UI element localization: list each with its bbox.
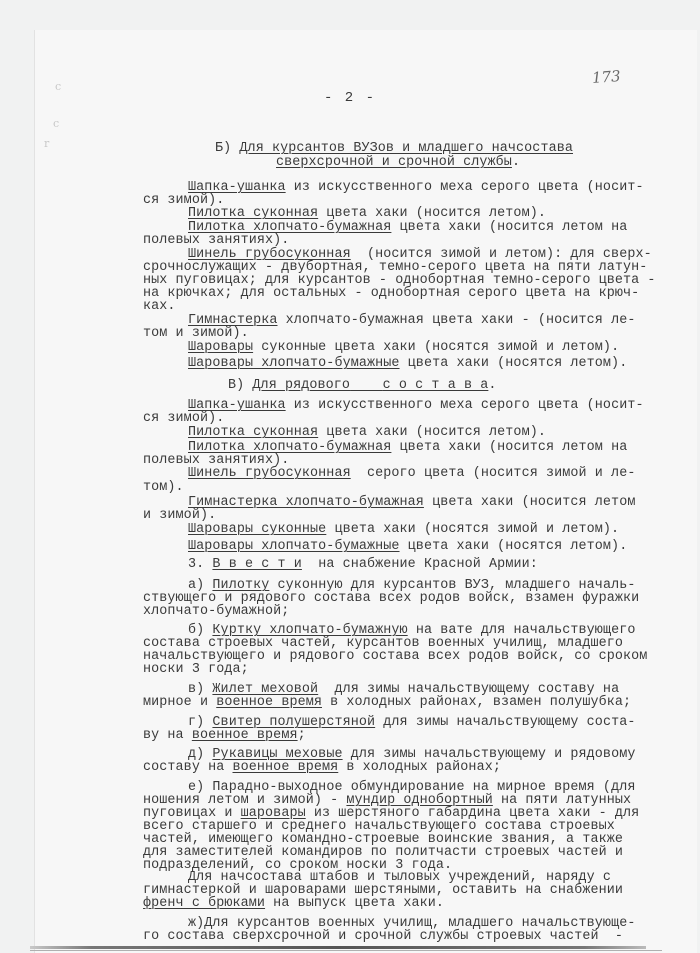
item: Шапка-ушанка из искусственного меха серо… xyxy=(188,399,644,412)
page-number: - 2 - xyxy=(0,90,700,106)
item: Гимнастерка хлопчато-бумажная цвета хаки… xyxy=(188,314,635,327)
item: Шаровары хлопчато-бумажные цвета хаки (н… xyxy=(188,357,627,370)
item: Шаровары суконные цвета хаки (носятся зи… xyxy=(188,523,619,536)
item-cont: ках. xyxy=(143,300,176,313)
section-b-heading-2: сверхсрочной и срочной службы. xyxy=(276,156,520,169)
clause-v-cont: мирное и военное время в холодных района… xyxy=(143,696,631,709)
item: Шаровары суконные цвета хаки (носятся зи… xyxy=(188,341,619,354)
item: Гимнастерка хлопчато-бумажная цвета хаки… xyxy=(188,496,635,509)
section-3-heading: 3. В в е с т и на снабжение Красной Арми… xyxy=(188,558,538,571)
clause-e-para2-cont: френч с брюками на выпуск цвета хаки. xyxy=(143,897,444,910)
clause-g-cont: ву на военное время; xyxy=(143,729,306,742)
item: Шапка-ушанка из искусственного меха серо… xyxy=(188,181,644,194)
scan-edge-line xyxy=(30,950,662,951)
scan-edge-line xyxy=(30,946,646,949)
clause-b-cont: носки 3 года; xyxy=(143,663,249,676)
clause-d-cont: составу на военное время в холодных райо… xyxy=(143,761,501,774)
section-v-heading: В) Для рядового с о с т а в а. xyxy=(228,379,497,392)
margin-mark: c xyxy=(53,117,59,130)
item-cont: полевых занятиях). xyxy=(143,234,289,247)
folio-number: 173 xyxy=(591,67,621,87)
clause-a-cont: хлопчато-бумажной; xyxy=(143,605,289,618)
item-cont: том и зимой). xyxy=(143,327,249,340)
item-cont: том). xyxy=(143,481,184,494)
item-cont: ся зимой). xyxy=(143,412,224,425)
item: Шаровары хлопчато-бумажные цвета хаки (н… xyxy=(188,540,627,553)
item-cont: на крючках; для остальных - однобортная … xyxy=(143,287,639,300)
margin-mark: r xyxy=(44,137,49,150)
clause-zh-cont: го состава сверхсрочной и срочной службы… xyxy=(143,930,623,943)
item-cont: и зимой). xyxy=(143,509,216,522)
item: Пилотка суконная цвета хаки (носится лет… xyxy=(188,426,546,439)
item: Шинель грубосуконная серого цвета (носит… xyxy=(188,467,635,480)
item: Пилотка суконная цвета хаки (носится лет… xyxy=(188,207,546,220)
section-b-heading: Б) Для курсантов ВУЗов и младшего начсос… xyxy=(215,142,573,155)
